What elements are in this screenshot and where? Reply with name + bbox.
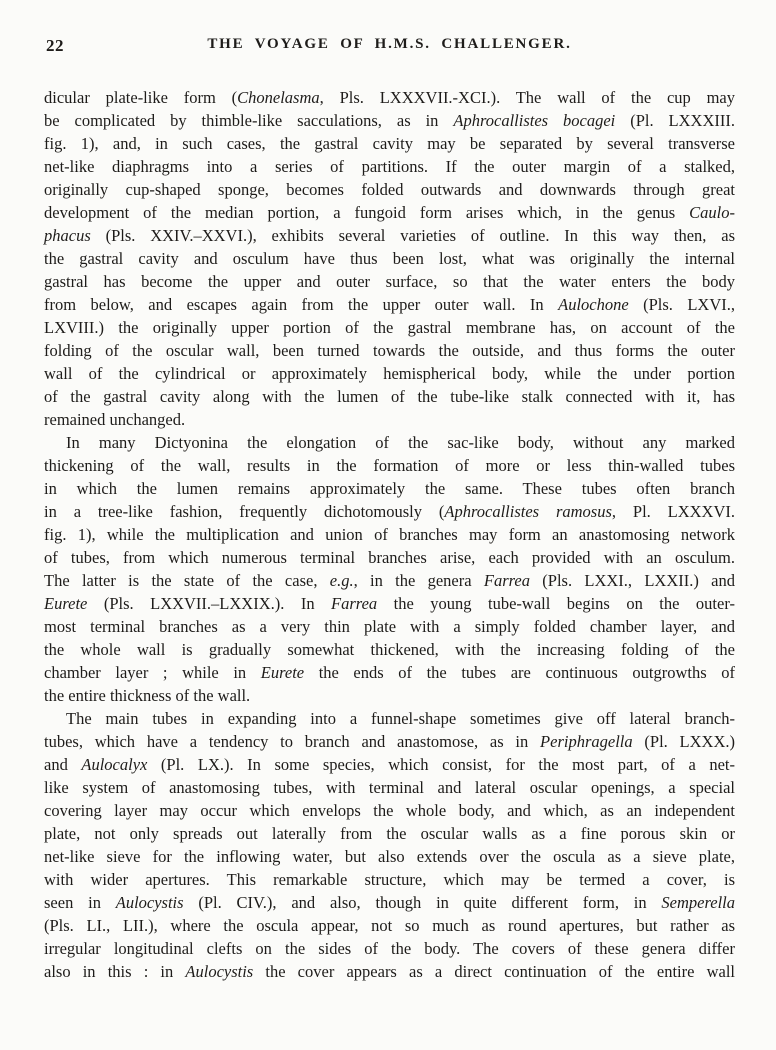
text-run: of the gastral cavity along with the lum…: [44, 387, 735, 406]
text-run: covering layer may occur which envelops …: [44, 801, 735, 820]
text-run: In many Dictyonina the elongation of the…: [66, 433, 735, 452]
text-run: the whole wall is gradually somewhat thi…: [44, 640, 735, 659]
text-run: (Pl. LXXX.): [633, 732, 735, 751]
text-line: irregular longitudinal clefts on the sid…: [44, 937, 735, 960]
italic-term: Farrea: [331, 594, 377, 613]
text-run: like system of anastomosing tubes, with …: [44, 778, 735, 797]
text-run: net-like sieve for the inflowing water, …: [44, 847, 735, 866]
text-run: most terminal branches as a very thin pl…: [44, 617, 735, 636]
page-header: 22 THE VOYAGE OF H.M.S. CHALLENGER.: [44, 36, 735, 60]
text-line: from below, and escapes again from the u…: [44, 293, 735, 316]
italic-term: Eurete: [261, 663, 304, 682]
text-run: originally cup-shaped sponge, becomes fo…: [44, 180, 735, 199]
text-run: wall of the cylindrical or approximately…: [44, 364, 735, 383]
text-line: fig. 1), and, in such cases, the gastral…: [44, 132, 735, 155]
text-line: in which the lumen remains approximately…: [44, 477, 735, 500]
text-line: Eurete (Pls. LXXVII.–LXXIX.). In Farrea …: [44, 592, 735, 615]
text-line: LXVIII.) the originally upper portion of…: [44, 316, 735, 339]
paragraph: dicular plate-like form (Chonelasma, Pls…: [44, 86, 735, 431]
page-text: dicular plate-like form (Chonelasma, Pls…: [44, 86, 735, 983]
text-line: The latter is the state of the case, e.g…: [44, 569, 735, 592]
text-line: The main tubes in expanding into a funne…: [44, 707, 735, 730]
text-run: (Pls. XXIV.–XXVI.), exhibits several var…: [91, 226, 735, 245]
text-line: and Aulocalyx (Pl. LX.). In some species…: [44, 753, 735, 776]
text-line: the entire thickness of the wall.: [44, 684, 735, 707]
text-run: plate, not only spreads out laterally fr…: [44, 824, 735, 843]
text-run: with wider apertures. This remarkable st…: [44, 870, 735, 889]
text-run: dicular plate-like form (: [44, 88, 237, 107]
text-run: , Pl. LXXXVI.: [612, 502, 735, 521]
text-run: (Pls. LXXVII.–LXXIX.). In: [87, 594, 331, 613]
text-line: like system of anastomosing tubes, with …: [44, 776, 735, 799]
italic-term: phacus: [44, 226, 91, 245]
text-line: of the gastral cavity along with the lum…: [44, 385, 735, 408]
text-run: irregular longitudinal clefts on the sid…: [44, 939, 735, 958]
text-run: the ends of the tubes are continuous out…: [304, 663, 735, 682]
running-title: THE VOYAGE OF H.M.S. CHALLENGER.: [44, 36, 735, 53]
text-line: net-like sieve for the inflowing water, …: [44, 845, 735, 868]
text-run: development of the median portion, a fun…: [44, 203, 689, 222]
text-line: In many Dictyonina the elongation of the…: [44, 431, 735, 454]
italic-term: Aulocystis: [185, 962, 253, 981]
text-run: gastral has become the upper and outer s…: [44, 272, 735, 291]
book-page: 22 THE VOYAGE OF H.M.S. CHALLENGER. dicu…: [0, 0, 776, 1050]
text-run: (Pls. LXXI., LXXII.) and: [530, 571, 735, 590]
text-line: net-like diaphragms into a series of par…: [44, 155, 735, 178]
text-run: (Pl. CIV.), and also, though in quite di…: [184, 893, 662, 912]
text-run: net-like diaphragms into a series of par…: [44, 157, 735, 176]
text-line: covering layer may occur which envelops …: [44, 799, 735, 822]
text-run: also in this : in: [44, 962, 185, 981]
text-run: (Pls. LXVI.,: [629, 295, 735, 314]
text-run: the cover appears as a direct continuati…: [253, 962, 735, 981]
italic-term: Aphrocallistes ramosus: [444, 502, 612, 521]
text-run: the young tube-wall begins on the outer-: [377, 594, 735, 613]
text-line: plate, not only spreads out laterally fr…: [44, 822, 735, 845]
text-line: most terminal branches as a very thin pl…: [44, 615, 735, 638]
text-run: fig. 1), while the multiplication and un…: [44, 525, 735, 544]
text-line: development of the median portion, a fun…: [44, 201, 735, 224]
text-line: phacus (Pls. XXIV.–XXVI.), exhibits seve…: [44, 224, 735, 247]
text-run: the gastral cavity and osculum have thus…: [44, 249, 735, 268]
text-run: The latter is the state of the case,: [44, 571, 330, 590]
text-line: the whole wall is gradually somewhat thi…: [44, 638, 735, 661]
text-run: folding of the oscular wall, been turned…: [44, 341, 735, 360]
text-line: gastral has become the upper and outer s…: [44, 270, 735, 293]
italic-term: Chonelasma: [237, 88, 320, 107]
text-line: fig. 1), while the multiplication and un…: [44, 523, 735, 546]
text-run: in a tree-like fashion, frequently dicho…: [44, 502, 444, 521]
text-line: thickening of the wall, results in the f…: [44, 454, 735, 477]
text-run: , in the genera: [354, 571, 484, 590]
text-line: also in this : in Aulocystis the cover a…: [44, 960, 735, 983]
italic-term: Periphragella: [540, 732, 633, 751]
italic-term: Eurete: [44, 594, 87, 613]
italic-term: Aphrocallistes bocagei: [453, 111, 615, 130]
text-run: tubes, which have a tendency to branch a…: [44, 732, 540, 751]
text-run: (Pl. LX.). In some species, which consis…: [147, 755, 735, 774]
text-run: in which the lumen remains approximately…: [44, 479, 735, 498]
text-run: from below, and escapes again from the u…: [44, 295, 558, 314]
italic-term: Aulochone: [558, 295, 629, 314]
italic-term: Aulocystis: [116, 893, 184, 912]
text-run: (Pl. LXXXIII.: [615, 111, 735, 130]
text-run: seen in: [44, 893, 116, 912]
paragraph: The main tubes in expanding into a funne…: [44, 707, 735, 983]
text-line: folding of the oscular wall, been turned…: [44, 339, 735, 362]
text-run: remained unchanged.: [44, 410, 185, 429]
text-line: (Pls. LI., LII.), where the oscula appea…: [44, 914, 735, 937]
text-line: tubes, which have a tendency to branch a…: [44, 730, 735, 753]
text-run: LXVIII.) the originally upper portion of…: [44, 318, 735, 337]
page-number: 22: [46, 36, 64, 56]
italic-term: Farrea: [484, 571, 530, 590]
italic-term: e.g.: [330, 571, 354, 590]
text-line: with wider apertures. This remarkable st…: [44, 868, 735, 891]
italic-term: Semperella: [661, 893, 735, 912]
text-run: of tubes, from which numerous terminal b…: [44, 548, 735, 567]
text-run: and: [44, 755, 81, 774]
text-line: in a tree-like fashion, frequently dicho…: [44, 500, 735, 523]
text-run: fig. 1), and, in such cases, the gastral…: [44, 134, 735, 153]
text-line: originally cup-shaped sponge, becomes fo…: [44, 178, 735, 201]
italic-term: Aulocalyx: [81, 755, 147, 774]
text-line: be complicated by thimble-like sacculati…: [44, 109, 735, 132]
text-line: chamber layer ; while in Eurete the ends…: [44, 661, 735, 684]
text-run: be complicated by thimble-like sacculati…: [44, 111, 453, 130]
text-run: The main tubes in expanding into a funne…: [66, 709, 735, 728]
text-line: the gastral cavity and osculum have thus…: [44, 247, 735, 270]
italic-term: Caulo-: [689, 203, 735, 222]
paragraph: In many Dictyonina the elongation of the…: [44, 431, 735, 707]
text-run: thickening of the wall, results in the f…: [44, 456, 735, 475]
text-run: (Pls. LI., LII.), where the oscula appea…: [44, 916, 735, 935]
text-line: seen in Aulocystis (Pl. CIV.), and also,…: [44, 891, 735, 914]
text-run: the entire thickness of the wall.: [44, 686, 250, 705]
text-run: , Pls. LXXXVII.-XCI.). The wall of the c…: [320, 88, 735, 107]
text-run: chamber layer ; while in: [44, 663, 261, 682]
text-line: wall of the cylindrical or approximately…: [44, 362, 735, 385]
text-line: remained unchanged.: [44, 408, 735, 431]
text-line: dicular plate-like form (Chonelasma, Pls…: [44, 86, 735, 109]
text-line: of tubes, from which numerous terminal b…: [44, 546, 735, 569]
